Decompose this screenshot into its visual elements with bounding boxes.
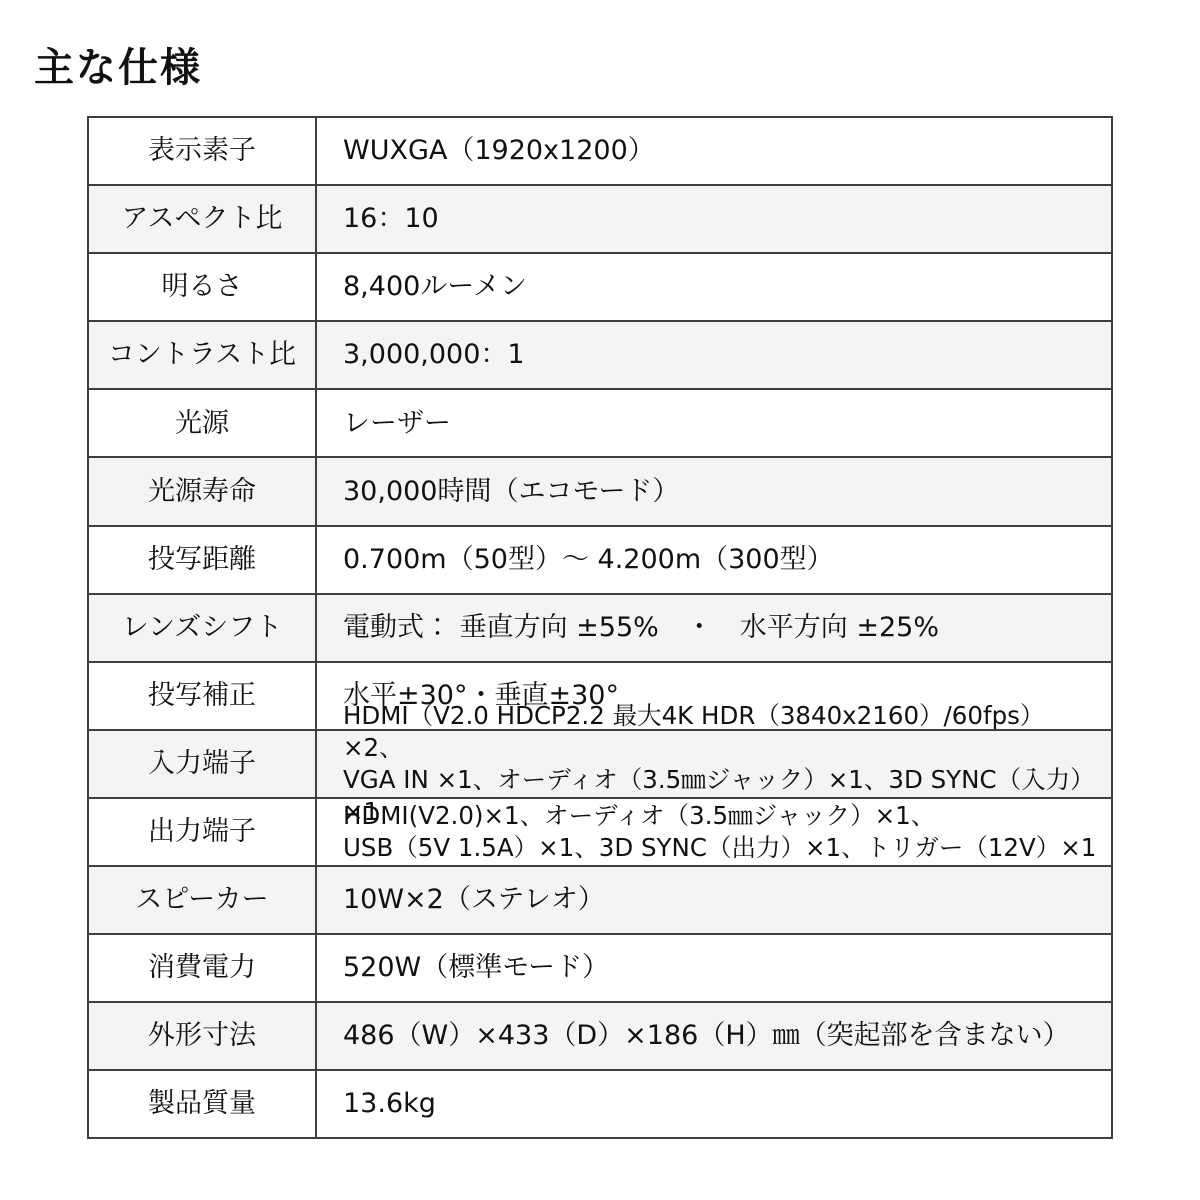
table-row: 消費電力520W（標準モード）	[89, 935, 1111, 1003]
spec-label: コントラスト比	[89, 322, 317, 388]
spec-value: WUXGA（1920x1200）	[317, 118, 1111, 184]
table-row: レンズシフト電動式： 垂直方向 ±55% ・ 水平方向 ±25%	[89, 595, 1111, 663]
table-row: コントラスト比3,000,000：1	[89, 322, 1111, 390]
table-row: アスペクト比16：10	[89, 186, 1111, 254]
spec-label: 入力端子	[89, 731, 317, 797]
table-row: 光源レーザー	[89, 390, 1111, 458]
spec-value: 10W×2（ステレオ）	[317, 867, 1111, 933]
spec-label: 光源寿命	[89, 458, 317, 524]
spec-label: 光源	[89, 390, 317, 456]
table-row: 明るさ8,400ルーメン	[89, 254, 1111, 322]
table-row: 表示素子WUXGA（1920x1200）	[89, 118, 1111, 186]
table-row: 光源寿命30,000時間（エコモード）	[89, 458, 1111, 526]
spec-label: 投写補正	[89, 663, 317, 729]
spec-page: 主な仕様 表示素子WUXGA（1920x1200）アスペクト比16：10明るさ8…	[0, 0, 1200, 1200]
spec-value: 486（W）×433（D）×186（H）㎜（突起部を含まない）	[317, 1003, 1111, 1069]
spec-value: 0.700m（50型）～ 4.200m（300型）	[317, 527, 1111, 593]
table-row: 外形寸法486（W）×433（D）×186（H）㎜（突起部を含まない）	[89, 1003, 1111, 1071]
spec-label: スピーカー	[89, 867, 317, 933]
spec-label: 製品質量	[89, 1071, 317, 1137]
spec-label: レンズシフト	[89, 595, 317, 661]
spec-label: 投写距離	[89, 527, 317, 593]
spec-table: 表示素子WUXGA（1920x1200）アスペクト比16：10明るさ8,400ル…	[87, 116, 1113, 1139]
spec-value: HDMI（V2.0 HDCP2.2 最大4K HDR（3840x2160）/60…	[317, 731, 1111, 797]
spec-label: 消費電力	[89, 935, 317, 1001]
table-row: スピーカー10W×2（ステレオ）	[89, 867, 1111, 935]
table-row: 製品質量13.6kg	[89, 1071, 1111, 1137]
spec-value: HDMI(V2.0)×1、オーディオ（3.5㎜ジャック）×1、 USB（5V 1…	[317, 799, 1111, 865]
spec-value: 8,400ルーメン	[317, 254, 1111, 320]
spec-value: レーザー	[317, 390, 1111, 456]
spec-value: 520W（標準モード）	[317, 935, 1111, 1001]
table-row: 出力端子HDMI(V2.0)×1、オーディオ（3.5㎜ジャック）×1、 USB（…	[89, 799, 1111, 867]
spec-label: アスペクト比	[89, 186, 317, 252]
table-row: 入力端子HDMI（V2.0 HDCP2.2 最大4K HDR（3840x2160…	[89, 731, 1111, 799]
spec-label: 出力端子	[89, 799, 317, 865]
spec-value: 電動式： 垂直方向 ±55% ・ 水平方向 ±25%	[317, 595, 1111, 661]
page-title: 主な仕様	[34, 36, 202, 93]
spec-value: 30,000時間（エコモード）	[317, 458, 1111, 524]
spec-label: 外形寸法	[89, 1003, 317, 1069]
spec-label: 表示素子	[89, 118, 317, 184]
spec-value: 3,000,000：1	[317, 322, 1111, 388]
table-row: 投写距離0.700m（50型）～ 4.200m（300型）	[89, 527, 1111, 595]
spec-value: 13.6kg	[317, 1071, 1111, 1137]
spec-label: 明るさ	[89, 254, 317, 320]
spec-value: 16：10	[317, 186, 1111, 252]
